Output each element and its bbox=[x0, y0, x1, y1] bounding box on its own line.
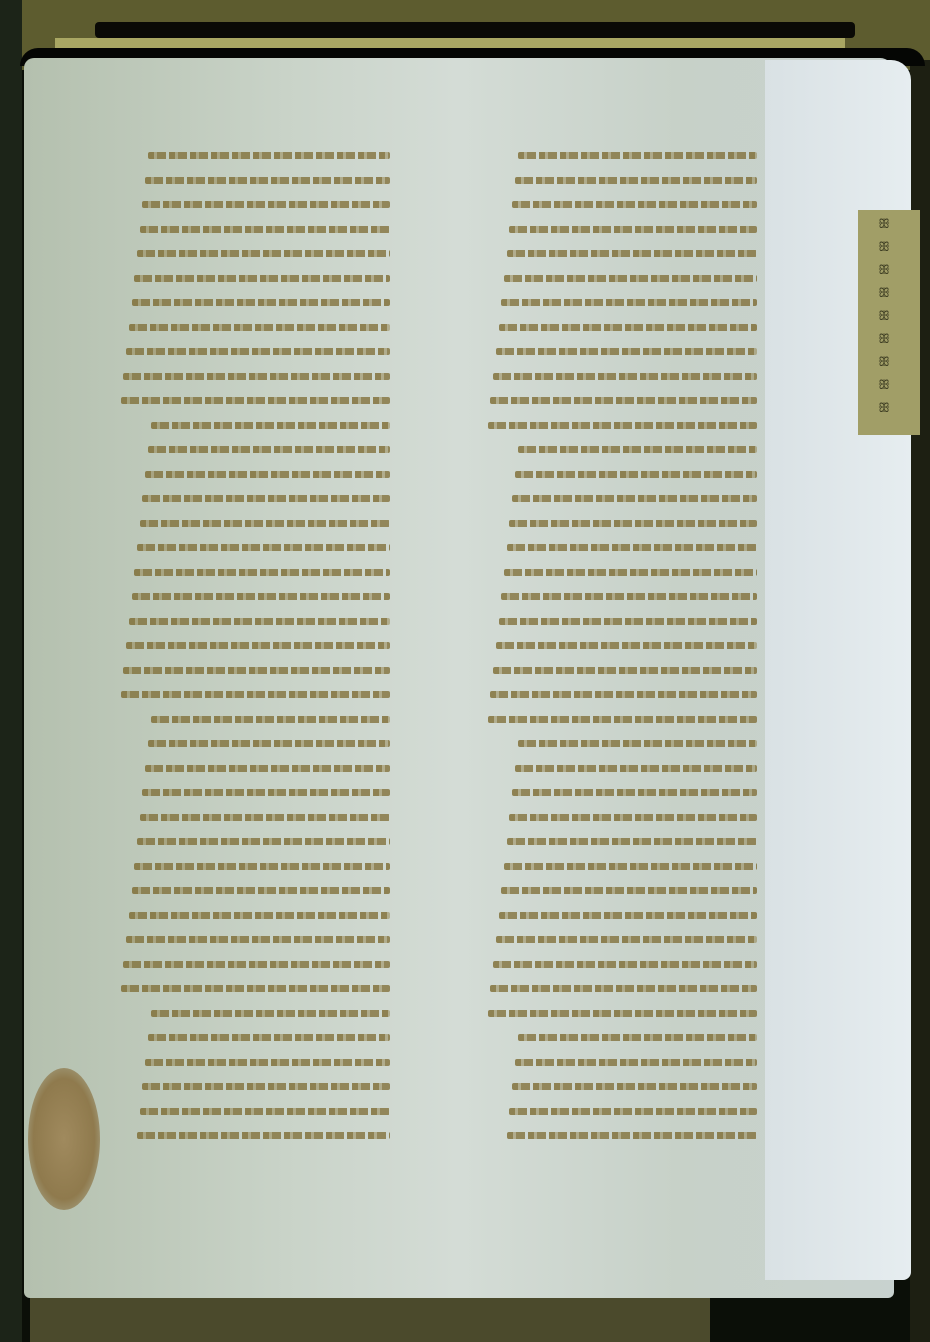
text-line bbox=[123, 667, 390, 674]
text-line bbox=[140, 226, 390, 233]
text-line bbox=[126, 642, 390, 649]
text-line bbox=[129, 912, 390, 919]
text-line bbox=[121, 691, 390, 698]
text-line bbox=[504, 275, 757, 282]
text-line bbox=[518, 446, 757, 453]
stain bbox=[28, 1068, 100, 1210]
text-line bbox=[148, 1034, 390, 1041]
text-line bbox=[151, 422, 390, 429]
text-line bbox=[142, 789, 390, 796]
text-line bbox=[515, 1059, 757, 1066]
text-line bbox=[518, 1034, 757, 1041]
ornament-icon: ꕥ bbox=[878, 218, 890, 231]
text-line bbox=[507, 250, 757, 257]
book-cover-strip bbox=[95, 22, 855, 38]
text-line bbox=[121, 985, 390, 992]
text-line bbox=[501, 887, 757, 894]
text-line bbox=[137, 544, 390, 551]
text-line bbox=[145, 471, 390, 478]
text-line bbox=[509, 520, 757, 527]
text-line bbox=[493, 373, 757, 380]
text-column-left bbox=[118, 152, 390, 1157]
text-line bbox=[134, 275, 390, 282]
text-line bbox=[507, 838, 757, 845]
text-line bbox=[137, 838, 390, 845]
text-line bbox=[142, 1083, 390, 1090]
text-line bbox=[512, 789, 757, 796]
text-line bbox=[518, 152, 757, 159]
text-line bbox=[132, 299, 390, 306]
text-line bbox=[515, 765, 757, 772]
text-line bbox=[148, 740, 390, 747]
text-line bbox=[512, 495, 757, 502]
text-line bbox=[490, 397, 757, 404]
text-line bbox=[509, 814, 757, 821]
text-line bbox=[151, 716, 390, 723]
text-line bbox=[137, 250, 390, 257]
background-left bbox=[0, 0, 22, 1342]
text-line bbox=[490, 691, 757, 698]
text-line bbox=[507, 1132, 757, 1139]
text-line bbox=[499, 324, 757, 331]
text-line bbox=[496, 642, 757, 649]
text-line bbox=[151, 1010, 390, 1017]
text-line bbox=[512, 201, 757, 208]
text-line bbox=[145, 177, 390, 184]
text-line bbox=[145, 1059, 390, 1066]
text-line bbox=[490, 985, 757, 992]
text-line bbox=[123, 961, 390, 968]
text-line bbox=[512, 1083, 757, 1090]
text-line bbox=[140, 520, 390, 527]
text-line bbox=[493, 667, 757, 674]
text-line bbox=[509, 226, 757, 233]
text-line bbox=[493, 961, 757, 968]
ornament-icon: ꕥ bbox=[878, 264, 890, 277]
text-line bbox=[123, 373, 390, 380]
text-line bbox=[134, 569, 390, 576]
text-line bbox=[488, 716, 757, 723]
ornament-icon: ꕥ bbox=[878, 241, 890, 254]
text-line bbox=[132, 593, 390, 600]
text-column-right bbox=[485, 152, 757, 1157]
text-line bbox=[129, 324, 390, 331]
text-line bbox=[515, 471, 757, 478]
ornament-icon: ꕥ bbox=[878, 333, 890, 346]
text-line bbox=[515, 177, 757, 184]
ornament-icon: ꕥ bbox=[878, 287, 890, 300]
ornament-icon: ꕥ bbox=[878, 310, 890, 323]
text-line bbox=[137, 1132, 390, 1139]
ornament-icon: ꕥ bbox=[878, 379, 890, 392]
text-line bbox=[496, 348, 757, 355]
bottom-board bbox=[30, 1298, 710, 1342]
text-line bbox=[501, 593, 757, 600]
text-line bbox=[121, 397, 390, 404]
text-line bbox=[504, 569, 757, 576]
text-line bbox=[499, 618, 757, 625]
text-line bbox=[126, 348, 390, 355]
text-line bbox=[140, 814, 390, 821]
text-line bbox=[140, 1108, 390, 1115]
text-line bbox=[148, 152, 390, 159]
text-line bbox=[509, 1108, 757, 1115]
text-line bbox=[488, 1010, 757, 1017]
text-line bbox=[501, 299, 757, 306]
text-line bbox=[126, 936, 390, 943]
text-line bbox=[142, 201, 390, 208]
ornament-icon: ꕥ bbox=[878, 356, 890, 369]
ornament-icon: ꕥ bbox=[878, 402, 890, 415]
text-line bbox=[499, 912, 757, 919]
text-line bbox=[132, 887, 390, 894]
text-line bbox=[142, 495, 390, 502]
text-line bbox=[507, 544, 757, 551]
text-line bbox=[504, 863, 757, 870]
text-line bbox=[145, 765, 390, 772]
text-line bbox=[129, 618, 390, 625]
text-line bbox=[518, 740, 757, 747]
text-line bbox=[134, 863, 390, 870]
text-line bbox=[488, 422, 757, 429]
text-line bbox=[496, 936, 757, 943]
text-line bbox=[148, 446, 390, 453]
